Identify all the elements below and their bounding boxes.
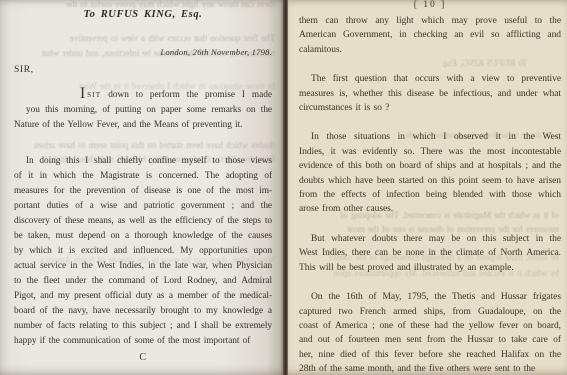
page-number: [ 10 ] xyxy=(299,0,561,10)
text-line: 28th of the same month, and the five oth… xyxy=(299,362,561,375)
body-paragraph: In doing this I shall chiefly confine my… xyxy=(14,154,272,349)
opening-paragraph-lines: you this morning, of putting on paper so… xyxy=(14,103,272,133)
left-page-text-column: To RUFUS KING, Esq. London, 26th Novembe… xyxy=(0,9,283,363)
text-line: West Indies, there can be none in the cl… xyxy=(299,246,561,260)
text-line: discovery of these means, as well as the… xyxy=(14,214,272,229)
text-line: be taken, must depend on a thorough know… xyxy=(14,229,272,244)
text-line: circumstances it is so ? xyxy=(299,101,561,115)
text-line: them can throw any light which may prove… xyxy=(299,14,561,28)
text-line: to the fleet under the command of Lord R… xyxy=(14,274,272,289)
text-line: In doing this I shall chiefly confine my… xyxy=(14,154,272,169)
right-page-text-column: [ 10 ] them can throw any light which ma… xyxy=(288,0,567,375)
opening-first-line: ISIT down to perform the promise I made xyxy=(14,85,272,103)
text-line: number of facts relating to this subject… xyxy=(14,319,272,334)
text-line: and out of fourteen men sent from the Hu… xyxy=(299,333,561,347)
text-line: The first question that occurs with a vi… xyxy=(299,72,561,86)
text-line: Nature of the Yellow Fever, and the Mean… xyxy=(14,118,272,133)
book-scan: them can throw any light which may prove… xyxy=(0,0,567,375)
body-paragraph: In those situations in which I observed … xyxy=(299,130,561,216)
text-line: actual service in the West Indies, in th… xyxy=(14,259,272,274)
text-line: captured two French armed ships, from Gu… xyxy=(299,305,561,319)
text-line: of it in which the Magistrate is concern… xyxy=(14,169,272,184)
right-page: To RUFUS KING, Esq.I sit down to perform… xyxy=(288,0,567,375)
text-line: portant duties of a wise and patriotic g… xyxy=(14,199,272,214)
text-line: measures for the prevention of disease i… xyxy=(14,184,272,199)
body-paragraph: them can throw any light which may prove… xyxy=(299,14,561,57)
text-line: doubts which have been started on this p… xyxy=(299,174,561,188)
opening-smallcaps: SIT xyxy=(87,91,101,99)
drop-initial: I xyxy=(80,85,85,102)
signature-mark: C xyxy=(14,352,272,363)
text-line: from the effects of infection being blen… xyxy=(299,188,561,202)
date-line: London, 26th November, 1798. xyxy=(14,47,272,57)
letter-heading: To RUFUS KING, Esq. xyxy=(14,9,272,20)
text-line: evidence of this both on board of ships … xyxy=(299,159,561,173)
opening-first-line-text: down to perform the promise I made xyxy=(108,90,272,100)
left-page: them can throw any light which may prove… xyxy=(0,0,283,375)
text-line: Indies, it was evidently so. There was t… xyxy=(299,145,561,159)
text-line: coast of America ; one of these had the … xyxy=(299,319,561,333)
body-paragraph: The first question that occurs with a vi… xyxy=(299,72,561,115)
text-line: her, nine died of this fever before she … xyxy=(299,348,561,362)
text-line: arose from other causes. xyxy=(299,202,561,216)
text-line: American Government, in checking an evil… xyxy=(299,28,561,42)
text-line: calamitous. xyxy=(299,43,561,57)
text-line: happy if the communication of some of th… xyxy=(14,334,272,349)
text-line: But whatever doubts there may be on this… xyxy=(299,232,561,246)
text-line: On the 16th of May, 1795, the Thetis and… xyxy=(299,290,561,304)
body-paragraph: On the 16th of May, 1795, the Thetis and… xyxy=(299,290,561,375)
text-line: measures is, whether this disease be inf… xyxy=(299,87,561,101)
text-line: by which it is excited and influenced. M… xyxy=(14,244,272,259)
text-line: you this morning, of putting on paper so… xyxy=(14,103,272,118)
text-line: In those situations in which I observed … xyxy=(299,130,561,144)
opening-paragraph: ISIT down to perform the promise I made … xyxy=(14,85,272,133)
body-paragraph: But whatever doubts there may be on this… xyxy=(299,232,561,275)
text-line: board of the navy, have necessarily brou… xyxy=(14,304,272,319)
text-line: This will be best proved and illustrated… xyxy=(299,261,561,275)
salutation: SIR, xyxy=(14,64,272,75)
text-line: Pigot, and my present official duty as a… xyxy=(14,289,272,304)
